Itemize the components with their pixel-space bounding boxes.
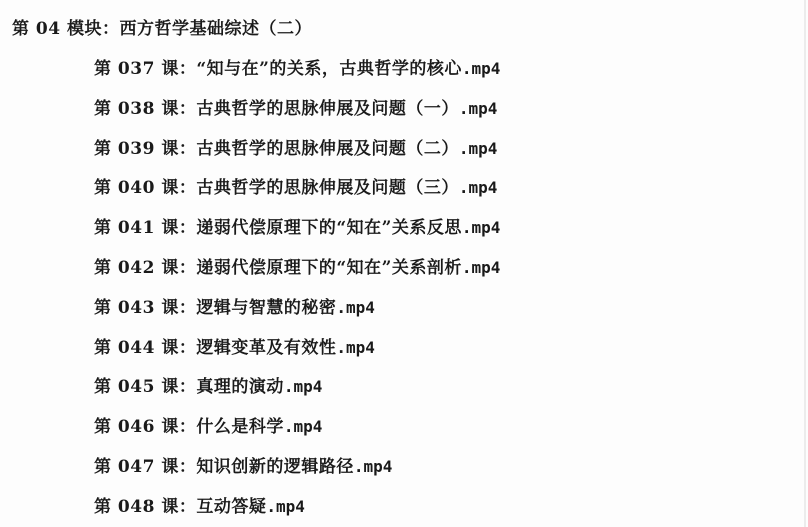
lesson-title: 逻辑变革及有效性 (196, 338, 336, 358)
file-extension: .mp4 (462, 218, 501, 237)
lesson-item: 第 042 课：递弱代偿原理下的“知在”关系剖析.mp4 (94, 256, 500, 296)
lesson-title: 互动答疑 (196, 497, 266, 517)
file-extension: .mp4 (459, 139, 498, 158)
lesson-number: 第 047 课： (94, 455, 196, 479)
lesson-title: 古典哲学的思脉伸展及问题（一） (196, 99, 459, 119)
lesson-number: 第 040 课： (94, 176, 196, 200)
file-extension: .mp4 (266, 497, 305, 516)
lesson-number: 第 044 课： (94, 336, 196, 360)
lesson-number: 第 038 课： (94, 97, 196, 121)
lesson-title: 什么是科学 (196, 417, 284, 437)
lesson-item: 第 038 课：古典哲学的思脉伸展及问题（一）.mp4 (94, 97, 500, 137)
lesson-item: 第 039 课：古典哲学的思脉伸展及问题（二）.mp4 (94, 137, 500, 177)
lesson-item: 第 040 课：古典哲学的思脉伸展及问题（三）.mp4 (94, 176, 500, 216)
lesson-item: 第 044 课：逻辑变革及有效性.mp4 (94, 336, 500, 376)
lesson-number: 第 048 课： (94, 495, 196, 519)
lesson-number: 第 045 课： (94, 375, 196, 399)
lesson-title: 真理的演动 (196, 377, 284, 397)
file-extension: .mp4 (462, 59, 501, 78)
module-heading: 第 04 模块：西方哲学基础综述（二） (12, 17, 312, 41)
lesson-title: 递弱代偿原理下的“知在”关系剖析 (196, 258, 462, 278)
lesson-item: 第 043 课：逻辑与智慧的秘密.mp4 (94, 296, 500, 336)
file-extension: .mp4 (462, 258, 501, 277)
lesson-title: 知识创新的逻辑路径 (196, 457, 354, 477)
lesson-title: 逻辑与智慧的秘密 (196, 298, 336, 318)
file-extension: .mp4 (336, 298, 375, 317)
lesson-item: 第 037 课：“知与在”的关系，古典哲学的核心.mp4 (94, 57, 500, 97)
file-extension: .mp4 (284, 377, 323, 396)
document-page: 第 04 模块：西方哲学基础综述（二） 第 037 课：“知与在”的关系，古典哲… (0, 0, 808, 527)
lesson-item: 第 041 课：递弱代偿原理下的“知在”关系反思.mp4 (94, 216, 500, 256)
file-extension: .mp4 (459, 178, 498, 197)
lesson-number: 第 039 课： (94, 137, 196, 161)
lesson-item: 第 045 课：真理的演动.mp4 (94, 375, 500, 415)
lesson-item: 第 048 课：互动答疑.mp4 (94, 495, 500, 527)
file-extension: .mp4 (459, 99, 498, 118)
lesson-item: 第 047 课：知识创新的逻辑路径.mp4 (94, 455, 500, 495)
file-extension: .mp4 (284, 417, 323, 436)
file-extension: .mp4 (336, 338, 375, 357)
lesson-title: 递弱代偿原理下的“知在”关系反思 (196, 218, 462, 238)
lesson-title: “知与在”的关系，古典哲学的核心 (196, 59, 462, 79)
lesson-item: 第 046 课：什么是科学.mp4 (94, 415, 500, 455)
page-edge-divider (804, 0, 806, 527)
lesson-title: 古典哲学的思脉伸展及问题（三） (196, 178, 459, 198)
lesson-number: 第 037 课： (94, 57, 196, 81)
lesson-title: 古典哲学的思脉伸展及问题（二） (196, 139, 459, 159)
lesson-number: 第 046 课： (94, 415, 196, 439)
lesson-number: 第 041 课： (94, 216, 196, 240)
lesson-number: 第 042 课： (94, 256, 196, 280)
lesson-number: 第 043 课： (94, 296, 196, 320)
lesson-list: 第 037 课：“知与在”的关系，古典哲学的核心.mp4 第 038 课：古典哲… (94, 57, 500, 527)
file-extension: .mp4 (354, 457, 393, 476)
